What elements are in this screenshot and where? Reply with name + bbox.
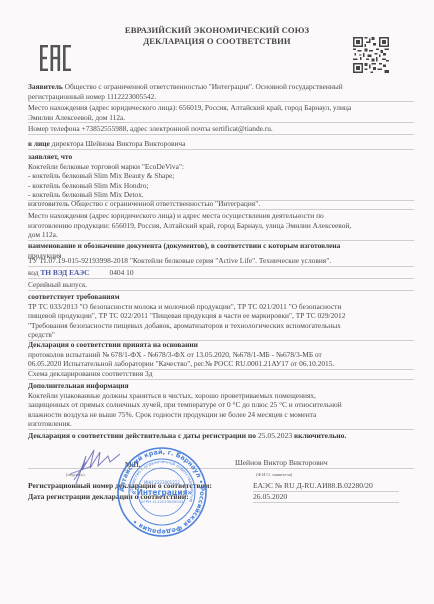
requirements-label: соответствует требованиям xyxy=(28,292,414,302)
company-stamp-icon: Алтайский край, г. Барнаул • Российская … xyxy=(116,446,208,538)
basis-line: 06.05.2020 Испытательной лаборатории "Ка… xyxy=(28,359,414,369)
manufacturer-address-line2: изготовлению продукции: 656019, Россия, … xyxy=(28,221,414,231)
applicant-label: Заявитель xyxy=(28,82,63,91)
applicant-section: Заявитель Общество с ограниченной ответс… xyxy=(28,82,414,102)
tn-ved-section: код ТН ВЭД ЕАЭС0404 10 xyxy=(28,268,414,279)
manufacturer-label: изготовитель xyxy=(28,199,69,208)
basis-label: Декларация о соответствии принята на осн… xyxy=(28,340,414,350)
tn-ved-code: 0404 10 xyxy=(110,268,134,277)
name-caption: (Ф.И.О. заявителя) xyxy=(256,472,292,477)
documents-label-line1: наименование и обозначение документа (до… xyxy=(28,241,414,251)
additional-info-line: изготовления. xyxy=(28,419,414,429)
requirements-line: средств" xyxy=(28,330,414,340)
registration-number-value: ЕАЭС № RU Д-RU.АИ88.В.02280/20 xyxy=(253,481,373,490)
manufacturer-name: Общество с ограниченной ответственностью… xyxy=(69,199,260,208)
basis-line: протоколов испытаний № 678/1-ФХ - №678/3… xyxy=(28,350,414,360)
tn-ved-prefix: код xyxy=(28,268,40,277)
validity-suffix: включительно. xyxy=(292,431,346,440)
applicant-reg-number: регистрационный номер 1112223005542. xyxy=(28,92,414,102)
declares-label: заявляет, что xyxy=(28,152,414,162)
declaration-scheme: Схема декларирования соответствия 3д xyxy=(28,369,414,380)
tn-ved-label: ТН ВЭД ЕАЭС xyxy=(40,268,89,277)
applicant-contact: Номер телефона +73852555988, адрес элект… xyxy=(28,124,414,135)
basis-section: Декларация о соответствии принята на осн… xyxy=(28,340,414,370)
requirements-line: ТР ТС 033/2013 "О безопасности молока и … xyxy=(28,302,414,312)
product-item: - коктейль белковый Slim Mix Hondro; xyxy=(28,181,414,191)
registration-date-value: 26.05.2020 xyxy=(253,492,287,501)
requirements-section: соответствует требованиям ТР ТС 033/2013… xyxy=(28,292,414,341)
manufacturer-section: изготовитель Общество с ограниченной отв… xyxy=(28,199,414,210)
validity-prefix: Декларация о соответствии действительна … xyxy=(28,431,258,440)
svg-text:ОГРН 1112223005542: ОГРН 1112223005542 xyxy=(140,499,184,504)
svg-text:«Интеграция»: «Интеграция» xyxy=(132,488,193,497)
manufacturer-address-line1: Место нахождения (адрес юридического лиц… xyxy=(28,211,414,221)
applicant-address-line2: Эмилии Алексеевой, дом 112а. xyxy=(28,113,414,123)
applicant-address-line1: Место нахождения (адрес юридического лиц… xyxy=(28,103,414,113)
manufacturer-address-section: Место нахождения (адрес юридического лиц… xyxy=(28,211,414,241)
additional-info-line: Коктейли упакованные должны храниться в … xyxy=(28,391,414,401)
svg-text:ИНН 2223001212: ИНН 2223001212 xyxy=(144,480,180,485)
manufacturer-address-line3: дом 112а. xyxy=(28,230,414,240)
applicant-name: Общество с ограниченной ответственностью… xyxy=(63,82,343,91)
qr-code-icon xyxy=(353,37,389,73)
declaration-page: ЕВРАЗИЙСКИЙ ЭКОНОМИЧЕСКИЙ СОЮЗ ДЕКЛАРАЦИ… xyxy=(0,0,434,604)
signer-name: Шейнов Виктор Викторович xyxy=(235,458,328,467)
requirements-line: "Требования безопасности пищевых добавок… xyxy=(28,321,414,331)
product-item: - коктейль белковый Slim Mix Beauty & Sh… xyxy=(28,171,414,181)
representative-name: директора Шейнова Виктора Викторовича xyxy=(50,139,186,148)
eac-logo-icon xyxy=(38,43,74,73)
additional-info-section: Дополнительная информация Коктейли упако… xyxy=(28,381,414,430)
additional-info-line: защищенных от прямых солнечных лучей, пр… xyxy=(28,400,414,410)
representative-section: в лице директора Шейнова Виктора Викторо… xyxy=(28,139,414,150)
product-title: Коктейли белковые торговой марки "EcoDeV… xyxy=(28,162,414,172)
serial-production: Серийный выпуск. xyxy=(28,280,414,291)
representative-label: в лице xyxy=(28,139,50,148)
requirements-line: пищевой продукции", ТР ТС 022/2011 "Пище… xyxy=(28,311,414,321)
additional-info-label: Дополнительная информация xyxy=(28,381,414,391)
declares-section: заявляет, что Коктейли белковые торговой… xyxy=(28,152,414,201)
applicant-address-section: Место нахождения (адрес юридического лиц… xyxy=(28,103,414,123)
validity-date: 25.05.2023 xyxy=(258,431,292,440)
union-title: ЕВРАЗИЙСКИЙ ЭКОНОМИЧЕСКИЙ СОЮЗ xyxy=(0,25,434,35)
registration-date-rule xyxy=(253,502,399,503)
additional-info-line: влажности воздуха не выше 75%. Срок годн… xyxy=(28,410,414,420)
documents-value: ТУ 11.07.19-015-92193998-2018 "Коктейли … xyxy=(28,256,414,267)
